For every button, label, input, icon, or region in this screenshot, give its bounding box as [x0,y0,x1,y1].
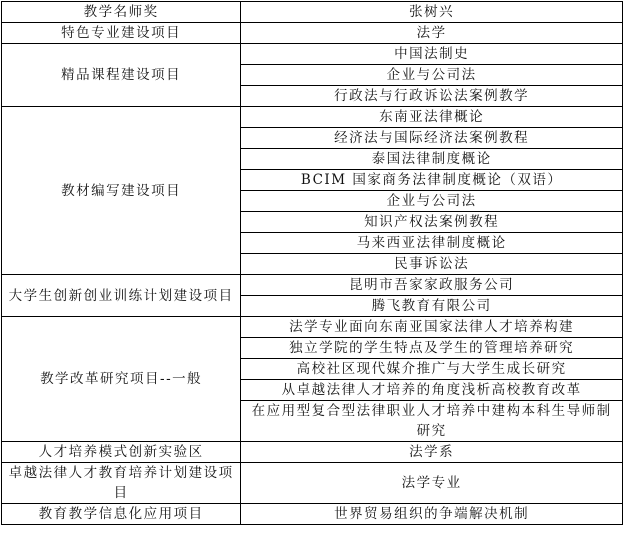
category-cell: 特色专业建设项目 [2,23,241,44]
item-cell: 从卓越法律人才培养的角度浅析高校教育改革 [241,380,623,401]
item-cell: 张树兴 [241,2,623,23]
item-cell: 法学 [241,23,623,44]
item-cell: 昆明市吾家家政服务公司 [241,275,623,296]
item-cell: BCIM 国家商务法律制度概论（双语） [241,170,623,191]
item-cell: 民事诉讼法 [241,254,623,275]
category-cell: 卓越法律人才教育培养计划建设项目 [2,463,241,504]
item-cell: 知识产权法案例教程 [241,212,623,233]
table-row: 精品课程建设项目 中国法制史 [2,44,623,65]
item-cell: 法学系 [241,442,623,463]
item-cell: 行政法与行政诉讼法案例教学 [241,86,623,107]
item-cell: 中国法制史 [241,44,623,65]
table-row: 特色专业建设项目 法学 [2,23,623,44]
item-cell: 东南亚法律概论 [241,107,623,128]
item-cell: 独立学院的学生特点及学生的管理培养研究 [241,338,623,359]
item-cell: 法学专业 [241,463,623,504]
item-cell: 企业与公司法 [241,65,623,86]
table-row: 大学生创新创业训练计划建设项目 昆明市吾家家政服务公司 [2,275,623,296]
table-row: 人才培养模式创新实验区 法学系 [2,442,623,463]
table-row: 教学名师奖 张树兴 [2,2,623,23]
table-row: 卓越法律人才教育培养计划建设项目 法学专业 [2,463,623,504]
item-cell: 世界贸易组织的争端解决机制 [241,504,623,525]
item-cell: 高校社区现代媒介推广与大学生成长研究 [241,359,623,380]
category-cell: 精品课程建设项目 [2,44,241,107]
category-cell: 教材编写建设项目 [2,107,241,275]
item-cell: 泰国法律制度概论 [241,149,623,170]
item-cell: 马来西亚法律制度概论 [241,233,623,254]
category-cell: 教育教学信息化应用项目 [2,504,241,525]
item-cell: 腾飞教育有限公司 [241,296,623,317]
item-cell: 企业与公司法 [241,191,623,212]
table-row: 教学改革研究项目--一般 法学专业面向东南亚国家法律人才培养构建 [2,317,623,338]
item-cell: 法学专业面向东南亚国家法律人才培养构建 [241,317,623,338]
item-cell: 经济法与国际经济法案例教程 [241,128,623,149]
category-cell: 大学生创新创业训练计划建设项目 [2,275,241,317]
category-cell: 教学名师奖 [2,2,241,23]
table-row: 教育教学信息化应用项目 世界贸易组织的争端解决机制 [2,504,623,525]
awards-projects-table: 教学名师奖 张树兴 特色专业建设项目 法学 精品课程建设项目 中国法制史 企业与… [1,1,623,525]
category-cell: 人才培养模式创新实验区 [2,442,241,463]
item-cell: 在应用型复合型法律职业人才培养中建构本科生导师制研究 [241,401,623,442]
category-cell: 教学改革研究项目--一般 [2,317,241,442]
table-row: 教材编写建设项目 东南亚法律概论 [2,107,623,128]
